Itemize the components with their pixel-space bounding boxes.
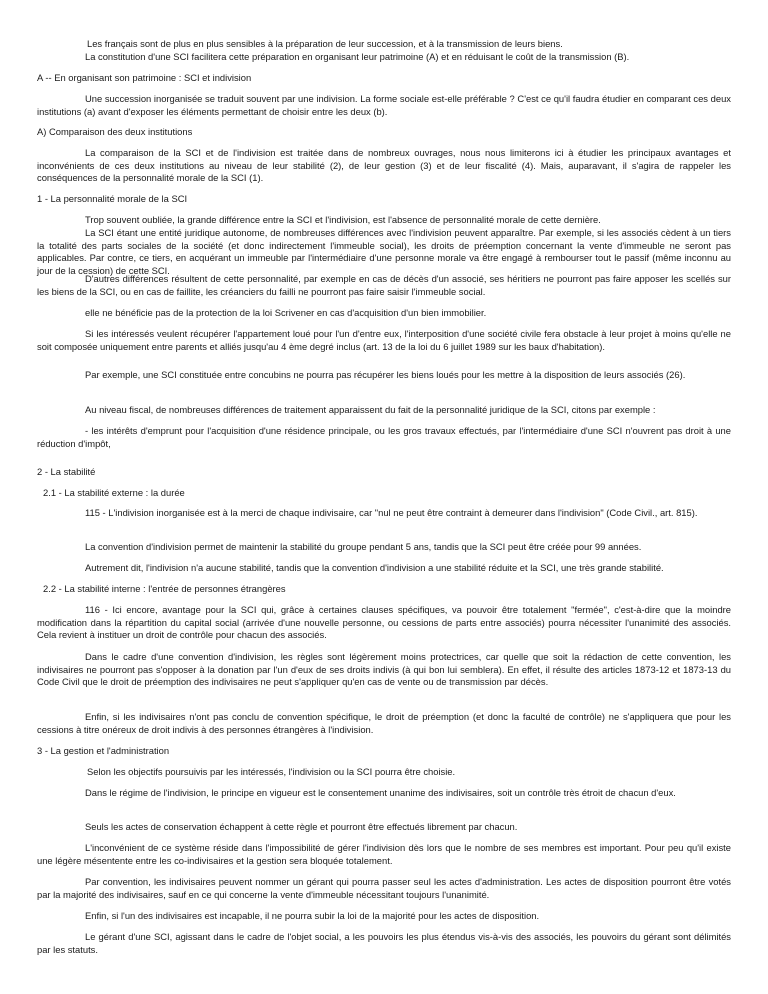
s3-paragraph-2: Dans le régime de l'indivision, le princ… (37, 787, 731, 800)
s2-paragraph-2: La convention d'indivision permet de mai… (37, 541, 731, 554)
s21-heading: 2.1 - La stabilité externe : la durée (37, 487, 737, 500)
s1-paragraph-1a: Trop souvent oubliée, la grande différen… (37, 214, 731, 227)
s2-paragraph-1: 115 - L'indivision inorganisée est à la … (37, 507, 731, 520)
s2-paragraph-3: Autrement dit, l'indivision n'a aucune s… (37, 562, 731, 575)
s1-heading: 1 - La personnalité morale de la SCI (37, 193, 731, 206)
s3-paragraph-7: Le gérant d'une SCI, agissant dans le ca… (37, 931, 731, 956)
comparison-heading: A) Comparaison des deux institutions (37, 126, 731, 139)
s1-paragraph-4: Si les intéressés veulent récupérer l'ap… (37, 328, 731, 353)
s2-paragraph-6: Enfin, si les indivisaires n'ont pas con… (37, 711, 731, 736)
intro-line-1: Les français sont de plus en plus sensib… (37, 38, 731, 51)
comparison-paragraph: La comparaison de la SCI et de l'indivis… (37, 147, 731, 185)
s3-paragraph-6: Enfin, si l'un des indivisaires est inca… (37, 910, 731, 923)
s22-heading: 2.2 - La stabilité interne : l'entrée de… (37, 583, 737, 596)
s2-paragraph-4: 116 - Ici encore, avantage pour la SCI q… (37, 604, 731, 642)
intro-line-2: La constitution d'une SCI facilitera cet… (37, 51, 731, 64)
s3-paragraph-1: Selon les objectifs poursuivis par les i… (37, 766, 731, 779)
s1-paragraph-6: Au niveau fiscal, de nombreuses différen… (37, 404, 731, 417)
s3-paragraph-3: Seuls les actes de conservation échappen… (37, 821, 731, 834)
s1-paragraph-5: Par exemple, une SCI constituée entre co… (37, 369, 731, 382)
s1-paragraph-2: D'autres différences résultent de cette … (37, 273, 731, 298)
section-a-heading: A -- En organisant son patrimoine : SCI … (37, 72, 731, 85)
s1-paragraph-7: - les intérêts d'emprunt pour l'acquisit… (37, 425, 731, 450)
s3-heading: 3 - La gestion et l'administration (37, 745, 731, 758)
s1-paragraph-1b: La SCI étant une entité juridique autono… (37, 227, 731, 277)
s3-paragraph-5: Par convention, les indivisaires peuvent… (37, 876, 731, 901)
s1-paragraph-3: elle ne bénéficie pas de la protection d… (37, 307, 731, 320)
s2-paragraph-5: Dans le cadre d'une convention d'indivis… (37, 651, 731, 689)
s3-paragraph-4: L'inconvénient de ce système réside dans… (37, 842, 731, 867)
s2-heading: 2 - La stabilité (37, 466, 731, 479)
section-a-paragraph: Une succession inorganisée se traduit so… (37, 93, 731, 118)
